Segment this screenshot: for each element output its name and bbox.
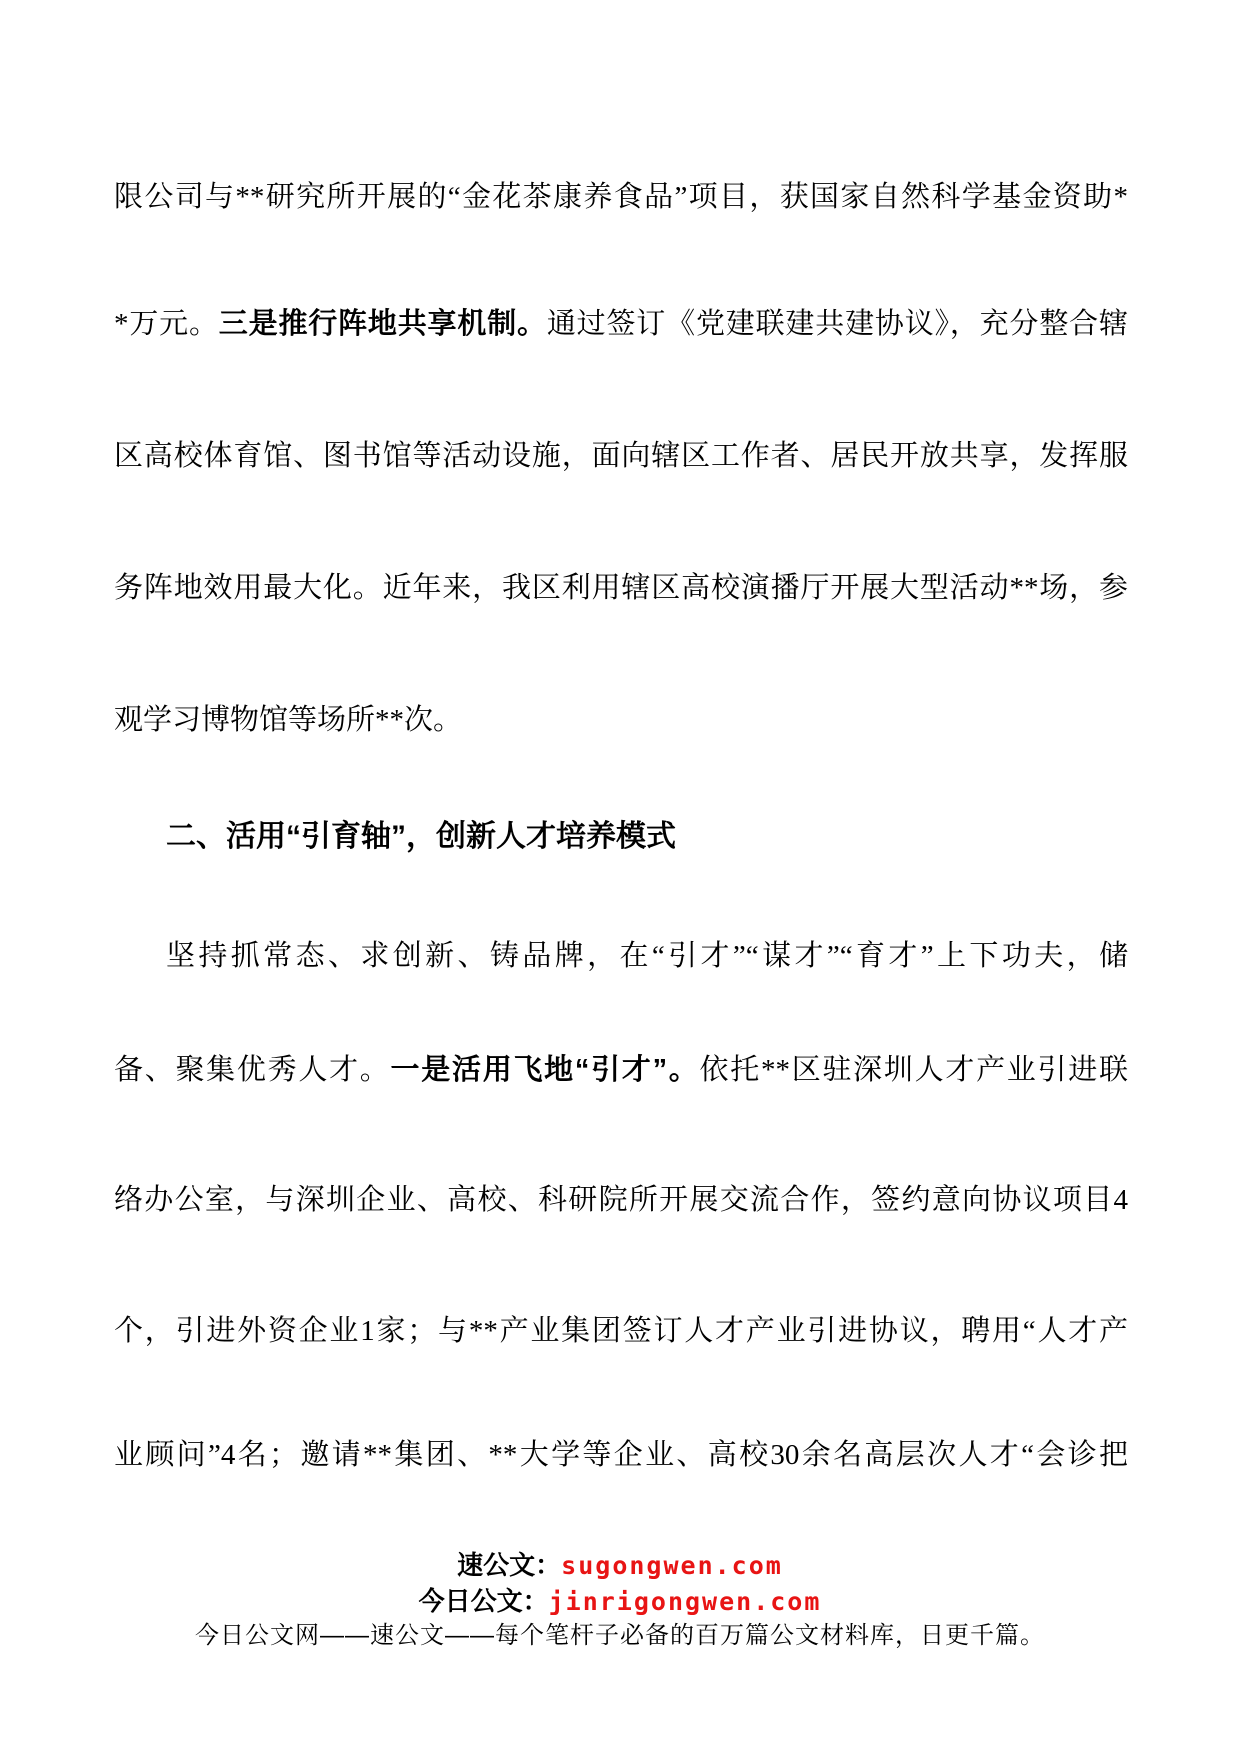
text-segment: 坚持抓常态、求创新、铸品牌，在“引才”“谋才”“育才”上下功夫，储	[166, 940, 1128, 972]
body-line-3: 区高校体育馆、图书馆等活动设施，面向辖区工作者、居民开放共享，发挥服	[114, 437, 1128, 475]
text-segment: 通过签订《党建联建共建协议》，充分整合辖	[547, 308, 1128, 340]
text-segment: 务阵地效用最大化。近年来，我区利用辖区高校演播厅开展大型活动**场，参	[114, 572, 1128, 604]
body-line-10: 个，引进外资企业1家；与**产业集团签订人才产业引进协议，聘用“人才产	[114, 1312, 1128, 1350]
section-heading: 二、活用“引育轴”，创新人才培养模式	[114, 818, 1128, 856]
body-line-4: 务阵地效用最大化。近年来，我区利用辖区高校演播厅开展大型活动**场，参	[114, 569, 1128, 607]
text-segment: 依托**区驻深圳人才产业引进联	[700, 1054, 1128, 1086]
document-page: 限公司与**研究所开展的“金花茶康养食品”项目，获国家自然科学基金资助**万元。…	[0, 0, 1240, 1754]
bold-text-segment: 二、活用“引育轴”，创新人才培养模式	[166, 820, 676, 853]
footer-site1-url: sugongwen.com	[561, 1551, 783, 1580]
text-segment: 业顾问”4名；邀请**集团、**大学等企业、高校30余名高层次人才“会诊把	[114, 1439, 1128, 1471]
footer-site1-label: 速公文：	[457, 1550, 561, 1580]
footer-site-jinrigongwen: 今日公文：jinrigongwen.com	[0, 1585, 1240, 1622]
bold-text-segment: 三是推行阵地共享机制。	[219, 308, 547, 340]
text-segment: 个，引进外资企业1家；与**产业集团签订人才产业引进协议，聘用“人才产	[114, 1315, 1128, 1347]
body-line-9: 络办公室，与深圳企业、高校、科研院所开展交流合作，签约意向协议项目4	[114, 1181, 1128, 1219]
body-line-11: 业顾问”4名；邀请**集团、**大学等企业、高校30余名高层次人才“会诊把	[114, 1436, 1128, 1474]
body-line-1: 限公司与**研究所开展的“金花茶康养食品”项目，获国家自然科学基金资助*	[114, 178, 1128, 216]
footer-site2-url: jinrigongwen.com	[549, 1587, 822, 1616]
footer-site2-label: 今日公文：	[419, 1586, 549, 1616]
text-segment: 区高校体育馆、图书馆等活动设施，面向辖区工作者、居民开放共享，发挥服	[114, 440, 1128, 472]
bold-text-segment: 一是活用飞地“引才”。	[391, 1054, 700, 1086]
text-segment: 限公司与**研究所开展的“金花茶康养食品”项目，获国家自然科学基金资助*	[114, 181, 1128, 213]
text-segment: 络办公室，与深圳企业、高校、科研院所开展交流合作，签约意向协议项目4	[114, 1184, 1128, 1216]
body-line-8: 备、聚集优秀人才。一是活用飞地“引才”。依托**区驻深圳人才产业引进联	[114, 1051, 1128, 1089]
footer-site-sugongwen: 速公文：sugongwen.com	[0, 1549, 1240, 1586]
text-segment: 备、聚集优秀人才。	[114, 1054, 391, 1086]
body-line-5: 观学习博物馆等场所**次。	[114, 701, 1128, 739]
footer-tagline: 今日公文网——速公文——每个笔杆子必备的百万篇公文材料库，日更千篇。	[0, 1620, 1240, 1652]
text-segment: *万元。	[114, 308, 219, 340]
text-segment: 观学习博物馆等场所**次。	[114, 704, 462, 736]
body-line-7: 坚持抓常态、求创新、铸品牌，在“引才”“谋才”“育才”上下功夫，储	[114, 937, 1128, 975]
body-line-2: *万元。三是推行阵地共享机制。通过签订《党建联建共建协议》，充分整合辖	[114, 305, 1128, 343]
